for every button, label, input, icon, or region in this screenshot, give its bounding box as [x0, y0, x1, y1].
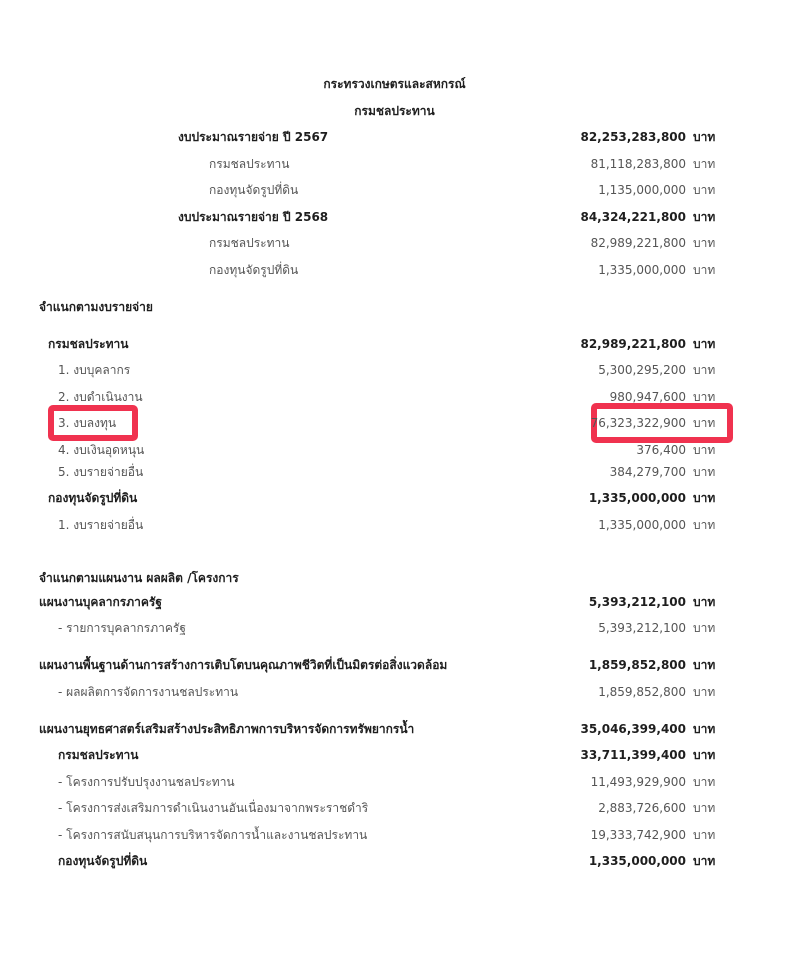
expense-item-label: 5. งบรายจ่ายอื่น	[58, 462, 143, 482]
expense-item-amount: 5,300,295,200	[598, 360, 686, 380]
unit-label: บาท	[693, 260, 715, 280]
plan-item-amount: 5,393,212,100	[598, 618, 686, 638]
unit-label: บาท	[693, 592, 715, 612]
plan-item-amount: 2,883,726,600	[598, 798, 686, 818]
unit-label: บาท	[693, 825, 715, 845]
plan-item-row: - ผลผลิตการจัดการงานชลประทาน 1,859,852,8…	[0, 682, 789, 702]
expense-item-amount: 376,400	[636, 440, 686, 460]
plan-row: แผนงานบุคลากรภาครัฐ 5,393,212,100 บาท	[0, 592, 789, 612]
plan-subgroup-amount: 1,335,000,000	[589, 851, 686, 871]
expense-item-label: 3. งบลงทุน	[58, 413, 116, 433]
expense-group-amount: 82,989,221,800	[580, 334, 686, 354]
plan-item-label: - ผลผลิตการจัดการงานชลประทาน	[58, 682, 238, 702]
budget-2568-item-label: กรมชลประทาน	[209, 233, 289, 253]
plan-subgroup-label: กองทุนจัดรูปที่ดิน	[58, 851, 147, 871]
plan-row: แผนงานพื้นฐานด้านการสร้างการเติบโตบนคุณภ…	[0, 655, 789, 675]
expense-group-row: กรมชลประทาน 82,989,221,800 บาท	[0, 334, 789, 354]
budget-2568-row: งบประมาณรายจ่าย ปี 2568 84,324,221,800 บ…	[0, 207, 789, 227]
plan-amount: 35,046,399,400	[580, 719, 686, 739]
expense-type-section-title-row: จำแนกตามงบรายจ่าย	[0, 297, 789, 317]
plan-label: แผนงานพื้นฐานด้านการสร้างการเติบโตบนคุณภ…	[39, 655, 447, 675]
budget-2567-label: งบประมาณรายจ่าย ปี 2567	[178, 127, 328, 147]
unit-label: บาท	[693, 515, 715, 535]
budget-2567-item-amount: 81,118,283,800	[591, 154, 686, 174]
budget-2567-item-label: กองทุนจัดรูปที่ดิน	[209, 180, 298, 200]
ministry-title-row: กระทรวงเกษตรและสหกรณ์	[0, 74, 789, 94]
unit-label: บาท	[693, 440, 715, 460]
unit-label: บาท	[693, 682, 715, 702]
department-title: กรมชลประทาน	[0, 101, 789, 121]
unit-label: บาท	[693, 655, 715, 675]
plan-section-title-row: จำแนกตามแผนงาน ผลผลิต /โครงการ	[0, 568, 789, 588]
expense-item-row: 1. งบรายจ่ายอื่น 1,335,000,000 บาท	[0, 515, 789, 535]
expense-item-amount: 76,323,322,900	[591, 413, 686, 433]
budget-2567-item-row: กองทุนจัดรูปที่ดิน 1,135,000,000 บาท	[0, 180, 789, 200]
unit-label: บาท	[693, 488, 715, 508]
expense-group-row: กองทุนจัดรูปที่ดิน 1,335,000,000 บาท	[0, 488, 789, 508]
budget-2567-amount: 82,253,283,800	[580, 127, 686, 147]
expense-item-amount: 1,335,000,000	[598, 515, 686, 535]
expense-group-label: กรมชลประทาน	[48, 334, 128, 354]
budget-2567-item-row: กรมชลประทาน 81,118,283,800 บาท	[0, 154, 789, 174]
expense-group-label: กองทุนจัดรูปที่ดิน	[48, 488, 137, 508]
plan-item-amount: 11,493,929,900	[591, 772, 686, 792]
unit-label: บาท	[693, 413, 715, 433]
unit-label: บาท	[693, 618, 715, 638]
expense-item-label: 4. งบเงินอุดหนุน	[58, 440, 144, 460]
unit-label: บาท	[693, 207, 715, 227]
plan-subgroup-row: กรมชลประทาน 33,711,399,400 บาท	[0, 745, 789, 765]
expense-item-label: 1. งบรายจ่ายอื่น	[58, 515, 143, 535]
budget-2568-label: งบประมาณรายจ่าย ปี 2568	[178, 207, 328, 227]
plan-amount: 5,393,212,100	[589, 592, 686, 612]
unit-label: บาท	[693, 745, 715, 765]
plan-item-label: - โครงการสนับสนุนการบริหารจัดการน้ำและงา…	[58, 825, 367, 845]
budget-2568-item-amount: 1,335,000,000	[598, 260, 686, 280]
budget-2568-item-row: กรมชลประทาน 82,989,221,800 บาท	[0, 233, 789, 253]
budget-2568-item-row: กองทุนจัดรูปที่ดิน 1,335,000,000 บาท	[0, 260, 789, 280]
ministry-title: กระทรวงเกษตรและสหกรณ์	[0, 74, 789, 94]
plan-row: แผนงานยุทธศาสตร์เสริมสร้างประสิทธิภาพการ…	[0, 719, 789, 739]
unit-label: บาท	[693, 719, 715, 739]
unit-label: บาท	[693, 233, 715, 253]
department-title-row: กรมชลประทาน	[0, 101, 789, 121]
plan-subgroup-row: กองทุนจัดรูปที่ดิน 1,335,000,000 บาท	[0, 851, 789, 871]
plan-item-amount: 1,859,852,800	[598, 682, 686, 702]
plan-item-label: - รายการบุคลากรภาครัฐ	[58, 618, 186, 638]
unit-label: บาท	[693, 127, 715, 147]
expense-item-row: 5. งบรายจ่ายอื่น 384,279,700 บาท	[0, 462, 789, 482]
plan-label: แผนงานบุคลากรภาครัฐ	[39, 592, 162, 612]
budget-2567-row: งบประมาณรายจ่าย ปี 2567 82,253,283,800 บ…	[0, 127, 789, 147]
unit-label: บาท	[693, 798, 715, 818]
unit-label: บาท	[693, 851, 715, 871]
plan-item-amount: 19,333,742,900	[591, 825, 686, 845]
expense-item-row: 1. งบบุคลากร 5,300,295,200 บาท	[0, 360, 789, 380]
plan-item-row: - โครงการสนับสนุนการบริหารจัดการน้ำและงา…	[0, 825, 789, 845]
plan-section-title: จำแนกตามแผนงาน ผลผลิต /โครงการ	[39, 568, 239, 588]
plan-subgroup-amount: 33,711,399,400	[580, 745, 686, 765]
expense-item-amount: 384,279,700	[610, 462, 686, 482]
expense-item-label: 2. งบดำเนินงาน	[58, 387, 143, 407]
expense-item-label: 1. งบบุคลากร	[58, 360, 130, 380]
budget-2567-item-label: กรมชลประทาน	[209, 154, 289, 174]
budget-2568-item-label: กองทุนจัดรูปที่ดิน	[209, 260, 298, 280]
plan-item-row: - โครงการส่งเสริมการดำเนินงานอันเนื่องมา…	[0, 798, 789, 818]
budget-2568-item-amount: 82,989,221,800	[591, 233, 686, 253]
plan-item-row: - โครงการปรับปรุงงานชลประทาน 11,493,929,…	[0, 772, 789, 792]
expense-group-amount: 1,335,000,000	[589, 488, 686, 508]
budget-2568-amount: 84,324,221,800	[580, 207, 686, 227]
budget-2567-item-amount: 1,135,000,000	[598, 180, 686, 200]
expense-item-row: 4. งบเงินอุดหนุน 376,400 บาท	[0, 440, 789, 460]
unit-label: บาท	[693, 360, 715, 380]
expense-item-row-highlighted: 3. งบลงทุน 76,323,322,900 บาท	[0, 413, 789, 433]
unit-label: บาท	[693, 154, 715, 174]
plan-label: แผนงานยุทธศาสตร์เสริมสร้างประสิทธิภาพการ…	[39, 719, 414, 739]
plan-item-row: - รายการบุคลากรภาครัฐ 5,393,212,100 บาท	[0, 618, 789, 638]
plan-item-label: - โครงการปรับปรุงงานชลประทาน	[58, 772, 235, 792]
unit-label: บาท	[693, 180, 715, 200]
unit-label: บาท	[693, 334, 715, 354]
plan-amount: 1,859,852,800	[589, 655, 686, 675]
plan-subgroup-label: กรมชลประทาน	[58, 745, 138, 765]
expense-type-section-title: จำแนกตามงบรายจ่าย	[39, 297, 153, 317]
unit-label: บาท	[693, 462, 715, 482]
unit-label: บาท	[693, 772, 715, 792]
plan-item-label: - โครงการส่งเสริมการดำเนินงานอันเนื่องมา…	[58, 798, 368, 818]
